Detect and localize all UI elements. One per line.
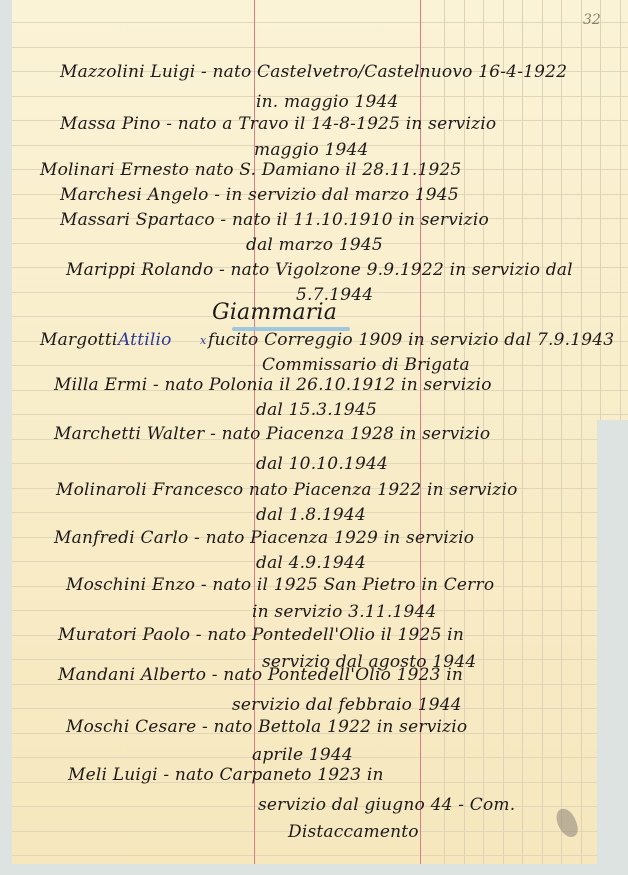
entry-line: Manfredi Carlo - nato Piacenza 1929 in s… — [54, 528, 474, 548]
entry-line: dal marzo 1945 — [246, 235, 383, 255]
blue-x-mark: x — [200, 334, 206, 347]
entry-line: Commissario di Brigata — [262, 355, 470, 375]
entry-line: dal 10.10.1944 — [256, 454, 388, 474]
entry-line: Moschi Cesare - nato Bettola 1922 in ser… — [66, 717, 467, 737]
entry-line: in servizio 3.11.1944 — [252, 602, 437, 622]
entry-line: aprile 1944 — [252, 745, 353, 765]
grid-line — [542, 0, 543, 864]
entry-line: servizio dal giugno 44 - Com. — [258, 795, 515, 815]
entry-line: Mazzolini Luigi - nato Castelvetro/Caste… — [60, 62, 567, 82]
entry-line: Massari Spartaco - nato il 11.10.1910 in… — [60, 210, 489, 230]
entry-line: dal 4.9.1944 — [256, 553, 366, 573]
grid-line — [561, 0, 562, 864]
grid-line — [503, 0, 504, 864]
entry-line: Distaccamento — [288, 822, 419, 842]
grid-line — [600, 0, 601, 864]
entry-line: Mandani Alberto - nato Pontedell'Olio 19… — [58, 665, 463, 685]
entry-line: Marippi Rolando - nato Vigolzone 9.9.192… — [66, 260, 573, 280]
ruled-line — [12, 22, 628, 23]
entry-line: Massa Pino - nato a Travo il 14-8-1925 i… — [60, 114, 496, 134]
ruled-line — [12, 855, 628, 856]
entry-line: Milla Ermi - nato Polonia il 26.10.1912 … — [54, 375, 492, 395]
entry-line: 5.7.1944 — [296, 285, 373, 305]
entry-line: Margotti — [40, 330, 118, 350]
entry-line: Molinari Ernesto nato S. Damiano il 28.1… — [40, 160, 462, 180]
entry-line: servizio dal febbraio 1944 — [232, 695, 462, 715]
entry-line: Muratori Paolo - nato Pontedell'Olio il … — [58, 625, 464, 645]
entry-line: Marchesi Angelo - in servizio dal marzo … — [60, 185, 459, 205]
grid-line — [581, 0, 582, 864]
entry-line: fucito Correggio 1909 in servizio dal 7.… — [208, 330, 614, 350]
blue-ink-name: Attilio — [118, 330, 172, 350]
grid-line — [620, 0, 621, 864]
grid-line — [522, 0, 523, 864]
page-number: 32 — [583, 12, 601, 28]
ruled-line — [12, 47, 628, 48]
entry-line: dal 1.8.1944 — [256, 505, 366, 525]
entry-line: in. maggio 1944 — [256, 92, 399, 112]
entry-line: Moschini Enzo - nato il 1925 San Pietro … — [66, 575, 494, 595]
entry-line: maggio 1944 — [254, 140, 369, 160]
entry-line: Molinaroli Francesco nato Piacenza 1922 … — [56, 480, 518, 500]
entry-line: Marchetti Walter - nato Piacenza 1928 in… — [54, 424, 490, 444]
entry-line: Meli Luigi - nato Carpaneto 1923 in — [68, 765, 384, 785]
entry-line: dal 15.3.1945 — [256, 400, 377, 420]
